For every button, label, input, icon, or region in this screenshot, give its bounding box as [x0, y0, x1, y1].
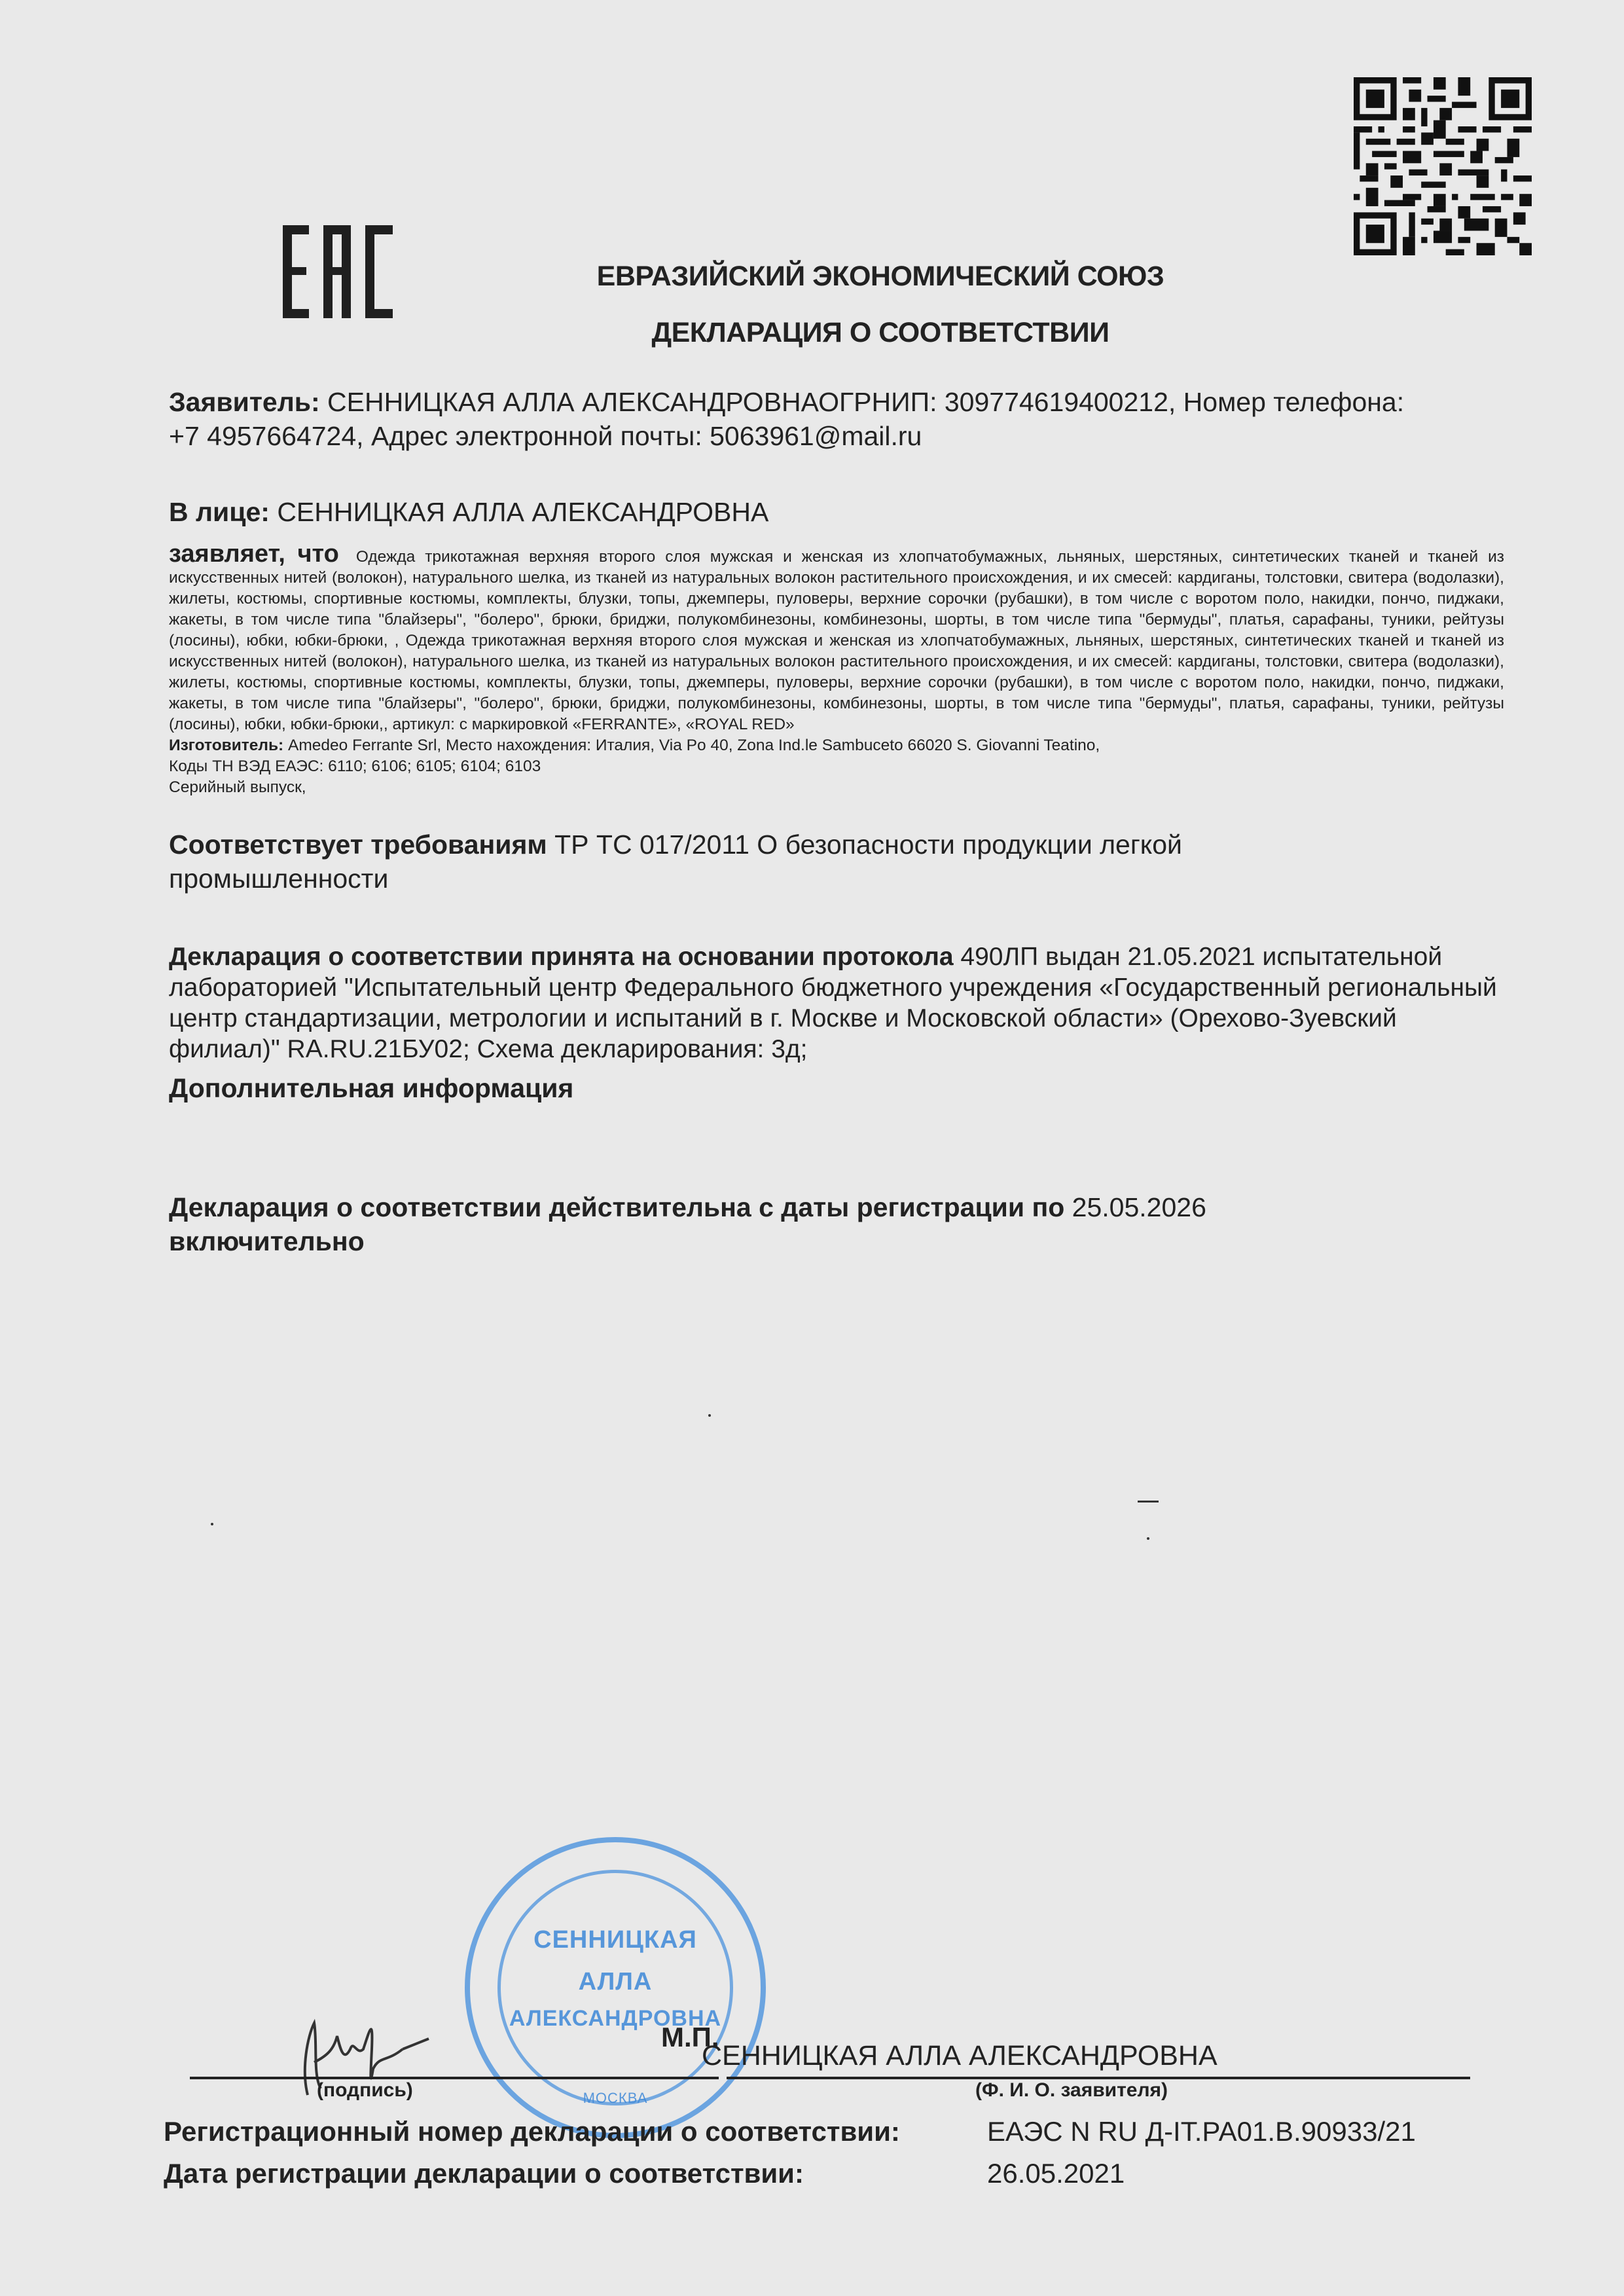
seal-stamp: СЕННИЦКАЯ АЛЛА АЛЕКСАНДРОВНА МОСКВА	[465, 1837, 766, 2138]
declares-section: заявляет, чтоОдежда трикотажная верхняя …	[169, 543, 1504, 798]
signature-caption: (подпись)	[317, 2079, 413, 2102]
compliance-label: Соответствует требованиям	[169, 829, 547, 860]
stamp-line-1: СЕННИЦКАЯ	[470, 1926, 761, 1954]
manufacturer-label: Изготовитель:	[169, 737, 283, 754]
signer-name: СЕННИЦКАЯ АЛЛА АЛЕКСАНДРОВНА	[702, 2040, 1218, 2072]
validity-date: 25.05.2026	[1064, 1192, 1206, 1222]
basis-section: Декларация о соответствии принята на осн…	[169, 941, 1504, 1065]
manufacturer-value: Amedeo Ferrante Srl, Место нахождения: И…	[283, 737, 1100, 754]
compliance-section: Соответствует требованиям ТР ТС 017/2011…	[169, 828, 1334, 896]
scan-speck	[211, 1523, 213, 1525]
scan-speck	[708, 1414, 711, 1417]
registration-number-value: ЕАЭС N RU Д-IT.РА01.В.90933/21	[987, 2115, 1416, 2149]
registration-date-label: Дата регистрации декларации о соответств…	[164, 2157, 804, 2191]
signature-line	[190, 2077, 719, 2079]
stamp-ring-bottom: МОСКВА	[470, 2090, 761, 2107]
name-caption: (Ф. И. О. заявителя)	[975, 2079, 1168, 2102]
validity-section: Декларация о соответствии действительна …	[169, 1190, 1334, 1258]
declares-text: Одежда трикотажная верхняя второго слоя …	[169, 548, 1504, 733]
registration-date-value: 26.05.2021	[987, 2157, 1125, 2191]
union-title: ЕВРАЗИЙСКИЙ ЭКОНОМИЧЕСКИЙ СОЮЗ	[0, 261, 1624, 293]
scan-speck	[1147, 1537, 1149, 1540]
applicant-line1: СЕННИЦКАЯ АЛЛА АЛЕКСАНДРОВНАОГРНИП: 3097…	[320, 387, 1405, 417]
applicant-line2: +7 4957664724, Адрес электронной почты: …	[169, 421, 922, 451]
qr-code-icon	[1354, 77, 1532, 255]
applicant-label: Заявитель:	[169, 387, 320, 417]
basis-label: Декларация о соответствии принята на осн…	[169, 943, 954, 971]
registration-number-label: Регистрационный номер декларации о соотв…	[164, 2115, 900, 2149]
additional-info-label: Дополнительная информация	[169, 1071, 1504, 1105]
validity-suffix: включительно	[169, 1226, 365, 1256]
document-title: ДЕКЛАРАЦИЯ О СООТВЕТСТВИИ	[0, 317, 1624, 349]
validity-label: Декларация о соответствии действительна …	[169, 1192, 1064, 1222]
stamp-line-2: АЛЛА	[470, 1968, 761, 1996]
representative-label: В лице:	[169, 497, 270, 527]
release-type: Серийный выпуск,	[169, 778, 306, 796]
tn-ved-codes: Коды ТН ВЭД ЕАЭС: 6110; 6106; 6105; 6104…	[169, 757, 541, 775]
declares-label: заявляет, что	[169, 540, 339, 568]
scan-mark	[1138, 1501, 1159, 1503]
representative-section: В лице: СЕННИЦКАЯ АЛЛА АЛЕКСАНДРОВНА	[169, 495, 1504, 529]
applicant-section: Заявитель: СЕННИЦКАЯ АЛЛА АЛЕКСАНДРОВНАО…	[169, 385, 1504, 453]
representative-value: СЕННИЦКАЯ АЛЛА АЛЕКСАНДРОВНА	[270, 497, 768, 527]
